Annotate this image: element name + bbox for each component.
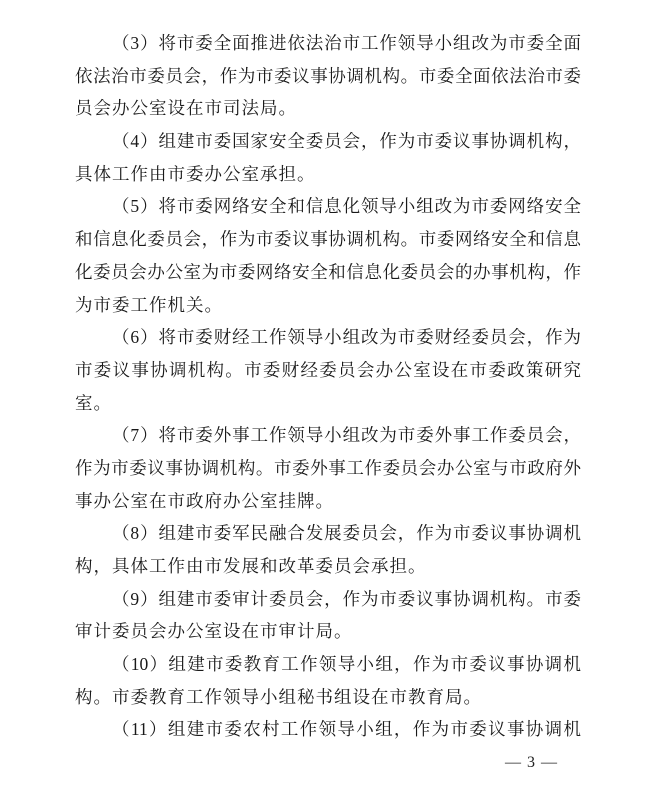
- text-line: （8）组建市委军民融合发展委员会，作为市委议事协调机: [75, 517, 581, 550]
- text-line: 审计委员会办公室设在市审计局。: [75, 615, 581, 648]
- text-line: （11）组建市委农村工作领导小组，作为市委议事协调机: [75, 713, 581, 746]
- text-line: （3）将市委全面推进依法治市工作领导小组改为市委全面: [75, 27, 581, 60]
- text-line: 构。市委教育工作领导小组秘书组设在市教育局。: [75, 681, 581, 714]
- text-line: 和信息化委员会，作为市委议事协调机构。市委网络安全和信息: [75, 223, 581, 256]
- text-line: （4）组建市委国家安全委员会，作为市委议事协调机构，: [75, 125, 581, 158]
- page-number: — 3 —: [505, 752, 558, 774]
- text-line: （6）将市委财经工作领导小组改为市委财经委员会，作为: [75, 321, 581, 354]
- text-line: 员会办公室设在市司法局。: [75, 92, 581, 125]
- text-line: 化委员会办公室为市委网络安全和信息化委员会的办事机构，作: [75, 256, 581, 289]
- text-line: 为市委工作机关。: [75, 289, 581, 322]
- text-line: 事办公室在市政府办公室挂牌。: [75, 485, 581, 518]
- text-line: 构，具体工作由市发展和改革委员会承担。: [75, 550, 581, 583]
- text-line: 依法治市委员会，作为市委议事协调机构。市委全面依法治市委: [75, 60, 581, 93]
- text-line: 具体工作由市委办公室承担。: [75, 158, 581, 191]
- document-page: （3）将市委全面推进依法治市工作领导小组改为市委全面依法治市委员会，作为市委议事…: [0, 0, 654, 793]
- text-line: （10）组建市委教育工作领导小组，作为市委议事协调机: [75, 648, 581, 681]
- body-text: （3）将市委全面推进依法治市工作领导小组改为市委全面依法治市委员会，作为市委议事…: [75, 27, 581, 746]
- text-line: 作为市委议事协调机构。市委外事工作委员会办公室与市政府外: [75, 452, 581, 485]
- text-line: （5）将市委网络安全和信息化领导小组改为市委网络安全: [75, 190, 581, 223]
- text-line: 室。: [75, 387, 581, 420]
- text-line: （9）组建市委审计委员会，作为市委议事协调机构。市委: [75, 583, 581, 616]
- text-line: （7）将市委外事工作领导小组改为市委外事工作委员会，: [75, 419, 581, 452]
- text-line: 市委议事协调机构。市委财经委员会办公室设在市委政策研究: [75, 354, 581, 387]
